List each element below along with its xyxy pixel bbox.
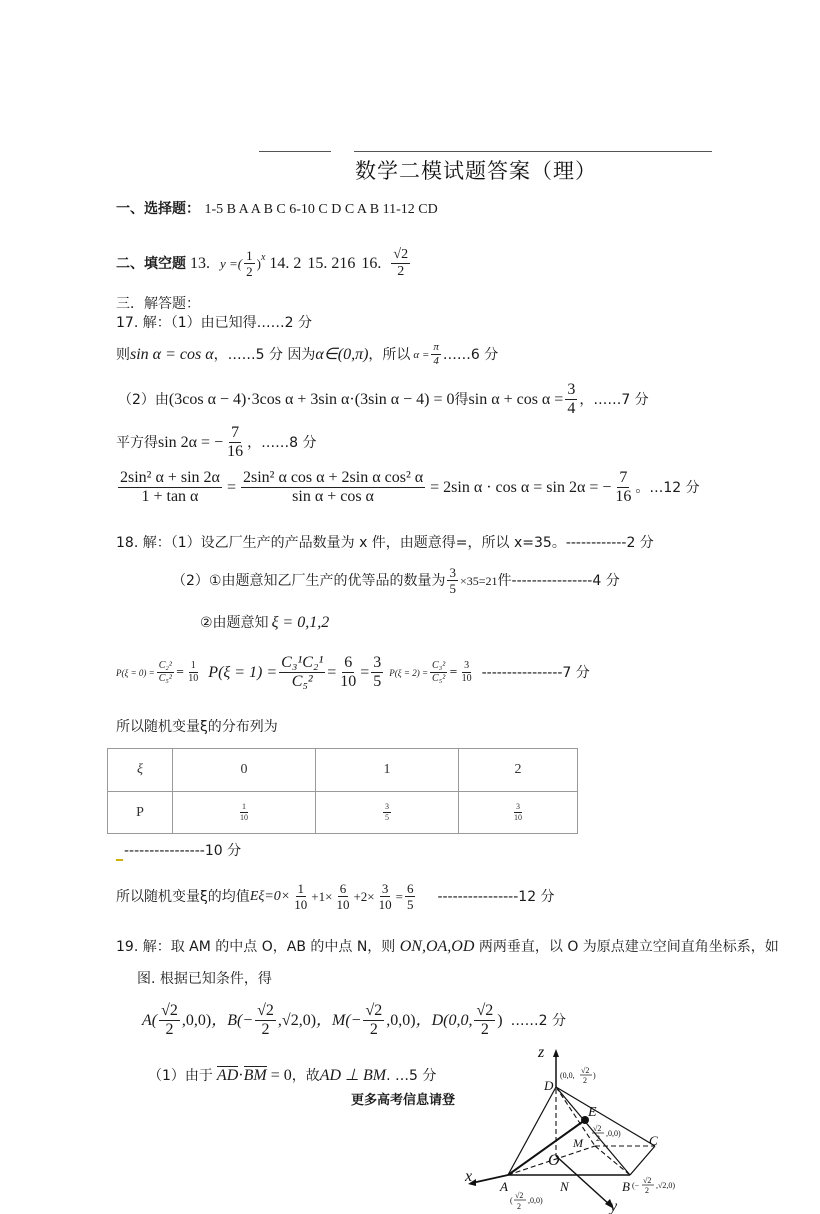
svg-text:E: E (587, 1105, 597, 1120)
q14-answer: 14. 2 (269, 255, 301, 273)
svg-text:(0,0,: (0,0, (560, 1071, 575, 1080)
q18-line2: （2）①由题意知乙厂生产的优等品的数量为 35 ×35=21 件--------… (172, 566, 620, 595)
q18-line1: 18. 解：（1）设乙厂生产的产品数量为 x 件，由题意得=，所以 x=35。-… (116, 534, 654, 552)
table-row: ξ 0 1 2 (108, 749, 578, 792)
section-label: 二、填空题 (116, 255, 186, 273)
svg-text:√2: √2 (643, 1176, 651, 1185)
svg-text:D: D (543, 1078, 554, 1093)
q15-answer: 15. 216 (307, 255, 355, 273)
section-label: 一、选择题： (116, 201, 200, 217)
svg-text:,0,0): ,0,0) (528, 1196, 543, 1205)
q17-line1: 17. 解：（1）由已知得……2 分 (116, 314, 312, 332)
svg-text:O: O (548, 1152, 560, 1169)
vector-BM: BM (244, 1066, 267, 1085)
q16-number: 16. (361, 255, 381, 273)
svg-text:N: N (559, 1179, 570, 1194)
svg-text:√2: √2 (581, 1066, 589, 1075)
q17-line3: （2）由 (3cos α − 4)·3cos α + 3sin α·(3sin … (118, 382, 649, 417)
q18-probabilities: P(ξ = 0) = C₂²C₅² = 110 P(ξ = 1) = C₃¹C₂… (116, 655, 590, 690)
table-cell: 0 (173, 749, 316, 792)
header-rule-left (259, 151, 331, 152)
q17-line2: 则 sin α = cos α ，……5 分 因为 α∈(0,π) ，所以 α … (116, 342, 498, 367)
svg-text:): ) (593, 1071, 596, 1080)
section-solutions-label: 三．解答题： (116, 295, 200, 313)
svg-text:(: ( (510, 1196, 513, 1205)
q19-line2: 图. 根据已知条件，得 (137, 970, 272, 988)
table-row: P 110 35 310 (108, 792, 578, 834)
svg-text:A: A (499, 1179, 508, 1194)
table-cell: 1 (316, 749, 459, 792)
table-cell: 35 (316, 792, 459, 834)
table-cell: 2 (459, 749, 578, 792)
svg-text:2: 2 (517, 1202, 521, 1211)
table-cell: 110 (173, 792, 316, 834)
q13-exponent: x (261, 249, 265, 267)
svg-text:,0,0): ,0,0) (606, 1129, 621, 1138)
q18-distribution-intro: 所以随机变量ξ的分布列为 (116, 718, 278, 736)
svg-text:C: C (649, 1133, 658, 1148)
q19-coordinates: A( √22 ,0,0) ，B(− √22 ,√2,0) ，M(− √22 ,0… (142, 1003, 566, 1038)
q17-line4: 平方得 sin 2α = − 716 ，……8 分 (116, 425, 316, 460)
q19-line1: 19. 解：取 AM 的中点 O，AB 的中点 N，则 ON,OA,OD 两两垂… (116, 938, 779, 956)
q13-number: 13. (190, 255, 210, 273)
vector-AD: AD (217, 1066, 238, 1085)
section-multiple-choice: 一、选择题： 1-5 B A A B C 6-10 C D C A B 11-1… (116, 200, 438, 219)
q13-fraction: 12 (244, 249, 255, 278)
svg-text:2: 2 (583, 1076, 587, 1085)
table-cell: 310 (459, 792, 578, 834)
more-info-link-text: 更多高考信息请登 (351, 1089, 455, 1108)
table-cell: ξ (108, 749, 173, 792)
svg-text:√2: √2 (593, 1124, 601, 1133)
q16-fraction: √22 (391, 248, 410, 279)
svg-text:,√2,0): ,√2,0) (656, 1181, 675, 1190)
svg-text:√2: √2 (515, 1191, 523, 1200)
axis-y-label: y (608, 1198, 618, 1214)
cursor-mark (116, 859, 123, 861)
q18-mean: 所以随机变量ξ的均值 Eξ=0× 110 +1× 610 +2× 310 = 6… (116, 882, 555, 911)
q17-line5: 2sin² α + sin 2α1 + tan α = 2sin² α cos … (116, 470, 700, 505)
choice-answers: 1-5 B A A B C 6-10 C D C A B 11-12 CD (204, 202, 437, 217)
svg-text:M: M (572, 1136, 584, 1150)
q19-part1: （1）由于 AD · BM = 0 ，故 AD ⊥ BM . …5 分 (148, 1066, 436, 1085)
axis-z-label: z (537, 1045, 545, 1061)
svg-text:(−: (− (632, 1181, 640, 1190)
coordinate-figure: z D E M O C x A N B y (0,0, √22 ) √22 ,0… (460, 1045, 700, 1214)
axis-x-label: x (464, 1168, 472, 1185)
svg-text:2: 2 (645, 1186, 649, 1195)
header-rule-right (354, 151, 712, 152)
table-cell: P (108, 792, 173, 834)
section-fill-in: 二、填空题 13. y =( 12 ) x 14. 2 15. 216 16. … (116, 248, 412, 279)
svg-text:B: B (622, 1179, 630, 1194)
q18-after-table: ----------------10 分 (116, 842, 241, 861)
distribution-table: ξ 0 1 2 P 110 35 310 (107, 748, 578, 834)
q13-lhs: y =( (220, 255, 242, 273)
svg-text:2: 2 (596, 1134, 600, 1143)
q18-line3: ②由题意知 ξ = 0,1,2 (200, 614, 329, 632)
page-title: 数学二模试题答案（理） (355, 155, 597, 185)
